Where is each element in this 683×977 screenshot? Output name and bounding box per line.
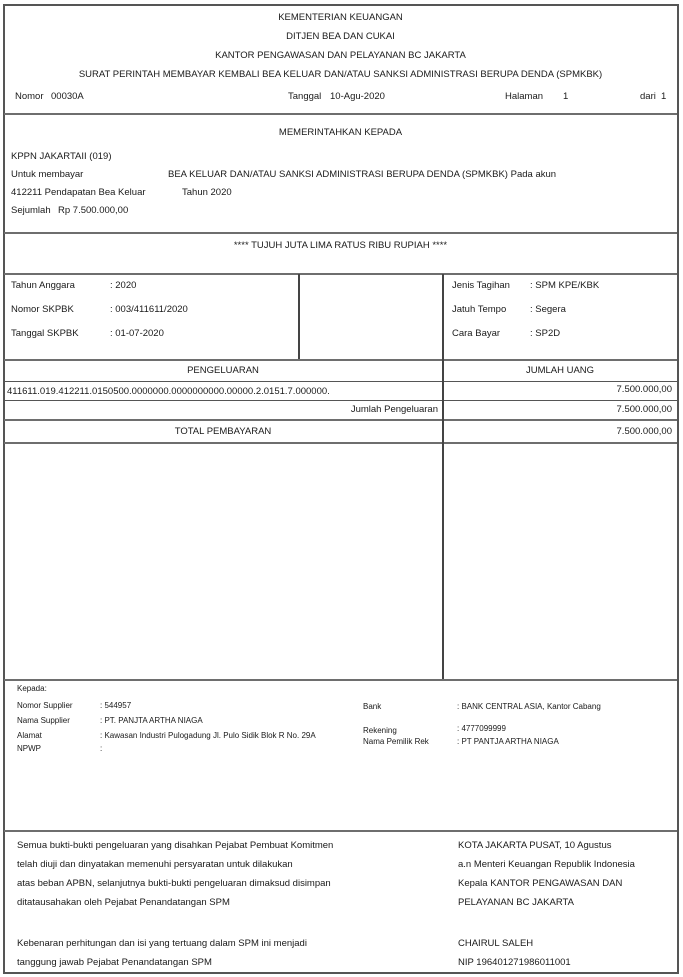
pemilik-label: Nama Pemilik Rek <box>363 737 429 746</box>
dari-value: 1 <box>661 91 666 102</box>
kepada-label: Kepada: <box>17 684 47 693</box>
info-left-value-1: : 003/411611/2020 <box>110 304 188 315</box>
tanggal-label: Tanggal <box>288 91 321 102</box>
info-left-label-2: Tanggal SKPBK <box>11 328 79 339</box>
statement-line-2: atas beban APBN, selanjutnya bukti-bukti… <box>17 878 331 889</box>
bank-label: Bank <box>363 702 381 711</box>
total-label: TOTAL PEMBAYARAN <box>4 426 442 437</box>
info-left-value-0: : 2020 <box>110 280 136 291</box>
subtotal-value: 7.500.000,00 <box>444 404 672 415</box>
info-right-label-2: Cara Bayar <box>452 328 500 339</box>
divider-total <box>4 442 677 444</box>
info-left-label-1: Nomor SKPBK <box>11 304 74 315</box>
untuk-value: BEA KELUAR DAN/ATAU SANKSI ADMINISTRASI … <box>168 169 556 180</box>
divider-table-row <box>4 400 677 401</box>
nomor-value: 00030A <box>51 91 84 102</box>
nomor-label: Nomor <box>15 91 44 102</box>
divider-order <box>4 232 677 234</box>
statement-line-0: Semua bukti-bukti pengeluaran yang disah… <box>17 840 333 851</box>
order-heading: MEMERINTAHKAN KEPADA <box>4 127 677 138</box>
divider-recipient <box>4 830 677 832</box>
divider-body <box>4 679 677 681</box>
nomor-supplier-label: Nomor Supplier <box>17 701 73 710</box>
sejumlah-value: Rp 7.500.000,00 <box>58 205 128 216</box>
nama-supplier-label: Nama Supplier <box>17 716 70 725</box>
signer-line-1: a.n Menteri Keuangan Republik Indonesia <box>458 859 635 870</box>
halaman-value: 1 <box>563 91 568 102</box>
responsibility-line-0: Kebenaran perhitungan dan isi yang tertu… <box>17 938 307 949</box>
npwp-label: NPWP <box>17 744 41 753</box>
ministry-name: KEMENTERIAN KEUANGAN <box>4 12 677 23</box>
info-right-value-1: : Segera <box>530 304 566 315</box>
col-header-jumlah: JUMLAH UANG <box>444 365 676 376</box>
office-name: KANTOR PENGAWASAN DAN PELAYANAN BC JAKAR… <box>4 50 677 61</box>
akun-text: 412211 Pendapatan Bea Keluar <box>11 187 146 198</box>
statement-line-3: ditatausahakan oleh Pejabat Penandatanga… <box>17 897 230 908</box>
col-header-pengeluaran: PENGELUARAN <box>4 365 442 376</box>
pemilik-value: : PT PANTJA ARTHA NIAGA <box>457 737 559 746</box>
responsibility-line-1: tanggung jawab Pejabat Penandatangan SPM <box>17 957 212 968</box>
table-row-amount: 7.500.000,00 <box>444 384 672 395</box>
divider-header <box>4 113 677 115</box>
divider-terbilang <box>4 273 677 275</box>
document-title: SURAT PERINTAH MEMBAYAR KEMBALI BEA KELU… <box>4 69 677 80</box>
total-value: 7.500.000,00 <box>444 426 672 437</box>
info-right-label-1: Jatuh Tempo <box>452 304 506 315</box>
directorate-name: DITJEN BEA DAN CUKAI <box>4 31 677 42</box>
divider-amount-col <box>442 274 444 679</box>
nama-supplier-value: : PT. PANJTA ARTHA NIAGA <box>100 716 203 725</box>
divider-info-mid <box>298 274 300 359</box>
info-left-label-0: Tahun Anggara <box>11 280 75 291</box>
divider-info <box>4 359 677 361</box>
rekening-value: : 4777099999 <box>457 724 506 733</box>
kppn-name: KPPN JAKARTAII (019) <box>11 151 112 162</box>
signer-nip: NIP 196401271986011001 <box>458 957 571 968</box>
rekening-label: Rekening <box>363 726 397 735</box>
alamat-label: Alamat <box>17 731 42 740</box>
amount-in-words: **** TUJUH JUTA LIMA RATUS RIBU RUPIAH *… <box>4 240 677 251</box>
signer-line-3: PELAYANAN BC JAKARTA <box>458 897 574 908</box>
divider-subtotal <box>4 419 677 421</box>
statement-line-1: telah diuji dan dinyatakan memenuhi pers… <box>17 859 293 870</box>
tanggal-value: 10-Agu-2020 <box>330 91 385 102</box>
signer-name: CHAIRUL SALEH <box>458 938 533 949</box>
info-left-value-2: : 01-07-2020 <box>110 328 164 339</box>
divider-table-head <box>4 381 677 382</box>
bank-value: : BANK CENTRAL ASIA, Kantor Cabang <box>457 702 601 711</box>
untuk-label: Untuk membayar <box>11 169 83 180</box>
table-row-account: 411611.019.412211.0150500.0000000.000000… <box>7 386 330 397</box>
alamat-value: : Kawasan Industri Pulogadung Jl. Pulo S… <box>100 731 316 740</box>
info-right-value-2: : SP2D <box>530 328 560 339</box>
signer-line-2: Kepala KANTOR PENGAWASAN DAN <box>458 878 622 889</box>
info-right-label-0: Jenis Tagihan <box>452 280 510 291</box>
dari-label: dari <box>640 91 656 102</box>
subtotal-label: Jumlah Pengeluaran <box>4 404 438 415</box>
signer-line-0: KOTA JAKARTA PUSAT, 10 Agustus <box>458 840 611 851</box>
info-right-value-0: : SPM KPE/KBK <box>530 280 599 291</box>
tahun-text: Tahun 2020 <box>182 187 232 198</box>
nomor-supplier-value: : 544957 <box>100 701 131 710</box>
npwp-value: : <box>100 744 102 753</box>
sejumlah-label: Sejumlah <box>11 205 51 216</box>
document-frame <box>3 4 679 974</box>
halaman-label: Halaman <box>505 91 543 102</box>
